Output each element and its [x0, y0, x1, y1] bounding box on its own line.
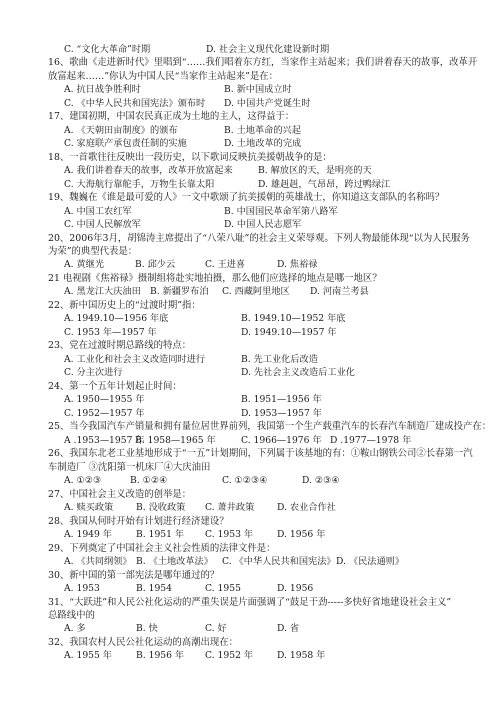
answer-option: D. ②③④ — [302, 474, 340, 487]
question-text: 总路线中的 — [48, 609, 95, 622]
question-text: 30、新中国的第一部宪法是哪年通过的？ — [48, 569, 219, 582]
answer-option: A. 1955 年 — [64, 649, 112, 662]
answer-option: B. 1956 年 — [136, 649, 184, 662]
question-text: 32、我国农村人民公社化运动的高潮出现在： — [48, 636, 238, 649]
answer-option: D. 《民法通则》 — [336, 555, 404, 568]
answer-option: A. 赎买政策 — [64, 501, 113, 514]
answer-option: D. 土地改革的完成 — [224, 137, 301, 150]
question-text: 28、我国从何时开始有计划进行经济建设？ — [48, 515, 229, 528]
answer-option: B. 新中国成立时 — [224, 83, 292, 96]
answer-option: B. 快 — [136, 622, 158, 635]
question-text: 放富起来……”你认为中国人民“当家作主站起来”是在： — [48, 70, 278, 83]
answer-option: C. 《中华人民共和国宪法》颁布时 — [64, 97, 205, 110]
answer-option: C. 好 — [205, 622, 227, 635]
answer-option: C. 1966—1976 年 — [241, 434, 322, 447]
question-text: 31、“大跃进”和人民公社化运动的严重失误是片面强调了“鼓足干劲-----多快好… — [48, 596, 451, 609]
answer-option: A. 黑龙江大庆油田 — [64, 285, 141, 298]
answer-option: C. 萧井政策 — [205, 501, 254, 514]
answer-option: C. 1952 年 — [205, 649, 253, 662]
answer-option: D. 焦裕禄 — [277, 258, 317, 271]
question-text: 23、党在过渡时期总路线的特点： — [48, 339, 191, 352]
answer-option: D. 1956 年 — [277, 528, 325, 541]
answer-option: A. 多 — [64, 622, 86, 635]
answer-option: D. 1949.10—1957 年 — [241, 326, 337, 339]
question-text: 16、歌曲《走进新时代》里唱到“……我们唱着东方红，当家作主站起来；我们讲着春天… — [48, 56, 477, 69]
answer-option: A. 我们讲着春天的故事，改革开放富起来 — [64, 164, 233, 177]
answer-option: C. 1953 年—1957 年 — [64, 326, 157, 339]
answer-option: D. 社会主义现代化建设新时期 — [206, 43, 329, 56]
question-text: 19、魏巍在《谁是最可爱的人》一文中歌颂了抗美援朝的英雄战士，你知道这支部队的名… — [48, 191, 444, 204]
answer-option: A. 1953 — [64, 582, 100, 595]
answer-option: D. 河南兰考县 — [310, 285, 369, 298]
answer-option: C. 西藏阿里地区 — [222, 285, 290, 298]
answer-option: A. 《天朝田亩制度》的颁布 — [64, 124, 178, 137]
answer-option: C. 分主次进行 — [64, 366, 122, 379]
answer-option: C. 大海航行靠舵手，万物生长靠太阳 — [64, 178, 214, 191]
answer-option: C. ①②③④ — [222, 474, 268, 487]
answer-option: A. 1949.10—1956 年底 — [64, 312, 168, 325]
answer-option: D. 省 — [277, 622, 299, 635]
answer-option: B. 解放区的天，是明亮的天 — [258, 164, 372, 177]
answer-option: A. 1949 年 — [64, 528, 112, 541]
answer-option: A. 黄继光 — [64, 258, 104, 271]
answer-option: D. 1956 — [277, 582, 313, 595]
question-text: 20、2006年3月，胡锦涛主席提出了“八荣八耻”的社会主义荣辱观。下列人物最能… — [48, 232, 470, 245]
answer-option: D. 先社会主义改造后工业化 — [241, 366, 355, 379]
question-text: 29、下列奠定了中国社会主义社会性质的法律文件是： — [48, 542, 276, 555]
question-text: 24、第一个五年计划起止时间： — [48, 380, 182, 393]
answer-option: A .1953—1957 年 — [64, 434, 145, 447]
answer-option: B. 1951—1956 年 — [241, 393, 322, 406]
answer-option: B. 没收政策 — [136, 501, 185, 514]
answer-option: C. 中国人民解放军 — [64, 218, 141, 231]
answer-option: B. 先工业化后改造 — [241, 353, 318, 366]
answer-option: B. 邱少云 — [135, 258, 175, 271]
answer-option: A. ①②③ — [64, 474, 101, 487]
answer-option: C. “文化大革命”时期 — [64, 43, 150, 56]
answer-option: C. 1952—1957 年 — [64, 407, 145, 420]
answer-option: B. 1954 — [136, 582, 172, 595]
answer-option: A. 1950—1955 年 — [64, 393, 145, 406]
answer-option: D. 1958 年 — [277, 649, 325, 662]
question-text: 21 电视剧《焦裕禄》摄制组将赴实地拍摄，那么他们应选择的地点是哪一地区？ — [48, 272, 382, 285]
answer-option: B. ①②④ — [130, 474, 167, 487]
question-text: 为荣”的典型代表是： — [48, 245, 137, 258]
answer-option: D. 中国人民志愿军 — [224, 218, 301, 231]
answer-option: A. 工业化和社会主义改造同时进行 — [64, 353, 205, 366]
answer-option: B. 土地革命的兴起 — [224, 124, 301, 137]
answer-option: D. 雄赳赳，气昂昂，跨过鸭绿江 — [258, 178, 390, 191]
answer-option: C. 1955 — [205, 582, 241, 595]
question-text: 27、中国社会主义改造的创举是： — [48, 488, 191, 501]
answer-option: A. 抗日战争胜利时 — [64, 83, 141, 96]
answer-option: A. 《共同纲领》 — [64, 555, 132, 568]
question-text: 17、建国初期，中国农民真正成为土地的主人，这得益于： — [48, 110, 294, 123]
question-text: 22、新中国历史上的“过渡时期”指： — [48, 299, 201, 312]
answer-option: D. 农业合作社 — [277, 501, 336, 514]
question-text: 26、我国东北老工业基地形成于“一五”计划期间，下列属于该基地的有：①鞍山钢铁公… — [48, 447, 473, 460]
question-text: 车制造厂 ③沈阳第一机床厂④大庆油田 — [48, 461, 210, 474]
answer-option: A. 中国工农红军 — [64, 205, 132, 218]
answer-option: B. 1958—1965 年 — [135, 434, 216, 447]
exam-page: C. “文化大革命”时期D. 社会主义现代化建设新时期16、歌曲《走进新时代》里… — [0, 0, 500, 707]
question-text: 18、一首歌往往反映出一段历史，以下歌词反映抗美援朝战争的是： — [48, 151, 332, 164]
question-text: 25、当今我国汽车产销量和拥有量位居世界前列，我国第一个生产载重汽车的长春汽车制… — [48, 420, 491, 433]
answer-option: D. 1953—1957 年 — [241, 407, 322, 420]
answer-option: D .1977—1978 年 — [330, 434, 411, 447]
answer-option: D. 中国共产党诞生时 — [224, 97, 310, 110]
answer-option: C. 1953 年 — [205, 528, 253, 541]
answer-option: B. 《土地改革法》 — [136, 555, 213, 568]
answer-option: B. 中国国民革命军第八路军 — [224, 205, 338, 218]
answer-option: C. 《中华人民共和国宪法》 — [222, 555, 336, 568]
answer-option: C. 家庭联产承包责任制的实施 — [64, 137, 187, 150]
answer-option: B. 1949.10—1952 年底 — [241, 312, 345, 325]
answer-option: C. 王进喜 — [205, 258, 245, 271]
answer-option: B. 新疆罗布泊 — [150, 285, 209, 298]
answer-option: B. 1951 年 — [136, 528, 184, 541]
